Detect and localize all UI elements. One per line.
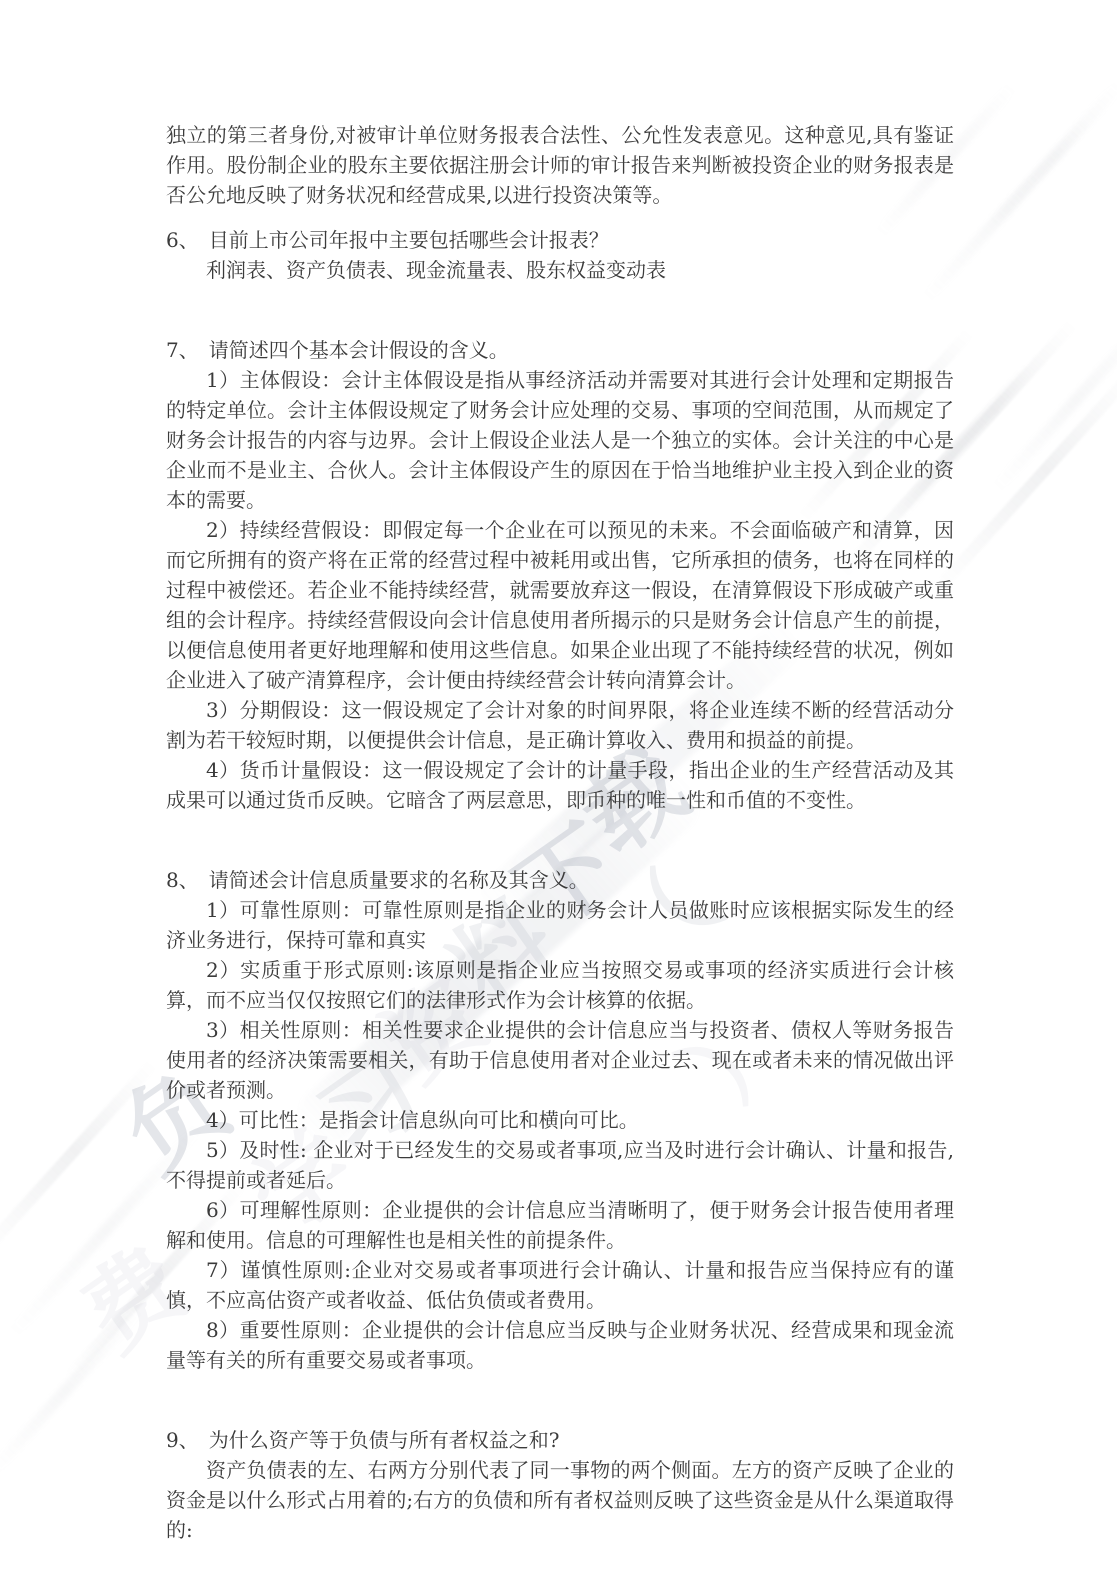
brush-stroke bbox=[931, 365, 1117, 596]
question-text: 请简述四个基本会计假设的含义。 bbox=[209, 338, 509, 362]
answer-paragraph: 利润表、资产负债表、现金流量表、股东权益变动表 bbox=[166, 255, 954, 285]
question-block-9: 9、为什么资产等于负债与所有者权益之和? 资产负债表的左、右两方分别代表了同一事… bbox=[166, 1425, 954, 1545]
brush-stroke bbox=[0, 1059, 157, 1260]
answer-paragraph: 2）持续经营假设：即假定每一个企业在可以预见的未来。不会面临破产和清算，因而它所… bbox=[166, 515, 954, 695]
question-text: 请简述会计信息质量要求的名称及其含义。 bbox=[209, 868, 589, 892]
question-text: 为什么资产等于负债与所有者权益之和? bbox=[209, 1428, 560, 1452]
answer-paragraph: 8）重要性原则：企业提供的会计信息应当反映与企业财务状况、经营成果和现金流量等有… bbox=[166, 1315, 954, 1375]
question-heading: 8、请简述会计信息质量要求的名称及其含义。 bbox=[166, 865, 954, 895]
question-number: 9、 bbox=[166, 1425, 199, 1455]
brush-stroke bbox=[0, 1304, 144, 1476]
answer-paragraph: 3）相关性原则：相关性要求企业提供的会计信息应当与投资者、债权人等财务报告使用者… bbox=[166, 1015, 954, 1105]
answer-paragraph: 5）及时性: 企业对于已经发生的交易或者事项,应当及时进行会计确认、计量和报告,… bbox=[166, 1135, 954, 1195]
answer-paragraph: 3）分期假设：这一假设规定了会计对象的时间界限，将企业连续不断的经营活动分割为若… bbox=[166, 695, 954, 755]
answer-paragraph: 资产负债表的左、右两方分别代表了同一事物的两个侧面。左方的资产反映了企业的资金是… bbox=[166, 1455, 954, 1545]
answer-paragraph: 2）实质重于形式原则:该原则是指企业应当按照交易或事项的经济实质进行会计核算，而… bbox=[166, 955, 954, 1015]
answer-paragraph: 7）谨慎性原则:企业对交易或者事项进行会计确认、计量和报告应当保持应有的谨慎，不… bbox=[166, 1255, 954, 1315]
question-text: 目前上市公司年报中主要包括哪些会计报表？ bbox=[209, 228, 609, 252]
document-page: 独立的第三者身份,对被审计单位财务报表合法性、公允性发表意见。这种意见,具有鉴证… bbox=[166, 120, 954, 1545]
question-block-6: 6、目前上市公司年报中主要包括哪些会计报表？ 利润表、资产负债表、现金流量表、股… bbox=[166, 225, 954, 285]
question-number: 7、 bbox=[166, 335, 199, 365]
brush-stroke bbox=[988, 80, 1117, 229]
answer-paragraph: 6）可理解性原则：企业提供的会计信息应当清晰明了，便于财务会计报告使用者理解和使… bbox=[166, 1195, 954, 1255]
answer-paragraph: 1）可靠性原则：可靠性原则是指企业的财务会计人员做账时应该根据实际发生的经济业务… bbox=[166, 895, 954, 955]
question-heading: 7、请简述四个基本会计假设的含义。 bbox=[166, 335, 954, 365]
question-block-8: 8、请简述会计信息质量要求的名称及其含义。 1）可靠性原则：可靠性原则是指企业的… bbox=[166, 865, 954, 1375]
question-block-7: 7、请简述四个基本会计假设的含义。 1）主体假设：会计主体假设是指从事经济活动并… bbox=[166, 335, 954, 815]
question-number: 8、 bbox=[166, 865, 199, 895]
answer-paragraph: 4）可比性：是指会计信息纵向可比和横向可比。 bbox=[166, 1105, 954, 1135]
intro-paragraph: 独立的第三者身份,对被审计单位财务报表合法性、公允性发表意见。这种意见,具有鉴证… bbox=[166, 120, 954, 210]
question-heading: 9、为什么资产等于负债与所有者权益之和? bbox=[166, 1425, 954, 1455]
answer-paragraph: 4）货币计量假设：这一假设规定了会计的计量手段，指出企业的生产经营活动及其成果可… bbox=[166, 755, 954, 815]
brush-stroke bbox=[991, 307, 1117, 493]
answer-paragraph: 1）主体假设：会计主体假设是指从事经济活动并需要对其进行会计处理和定期报告的特定… bbox=[166, 365, 954, 515]
question-number: 6、 bbox=[166, 225, 199, 255]
question-heading: 6、目前上市公司年报中主要包括哪些会计报表？ bbox=[166, 225, 954, 255]
